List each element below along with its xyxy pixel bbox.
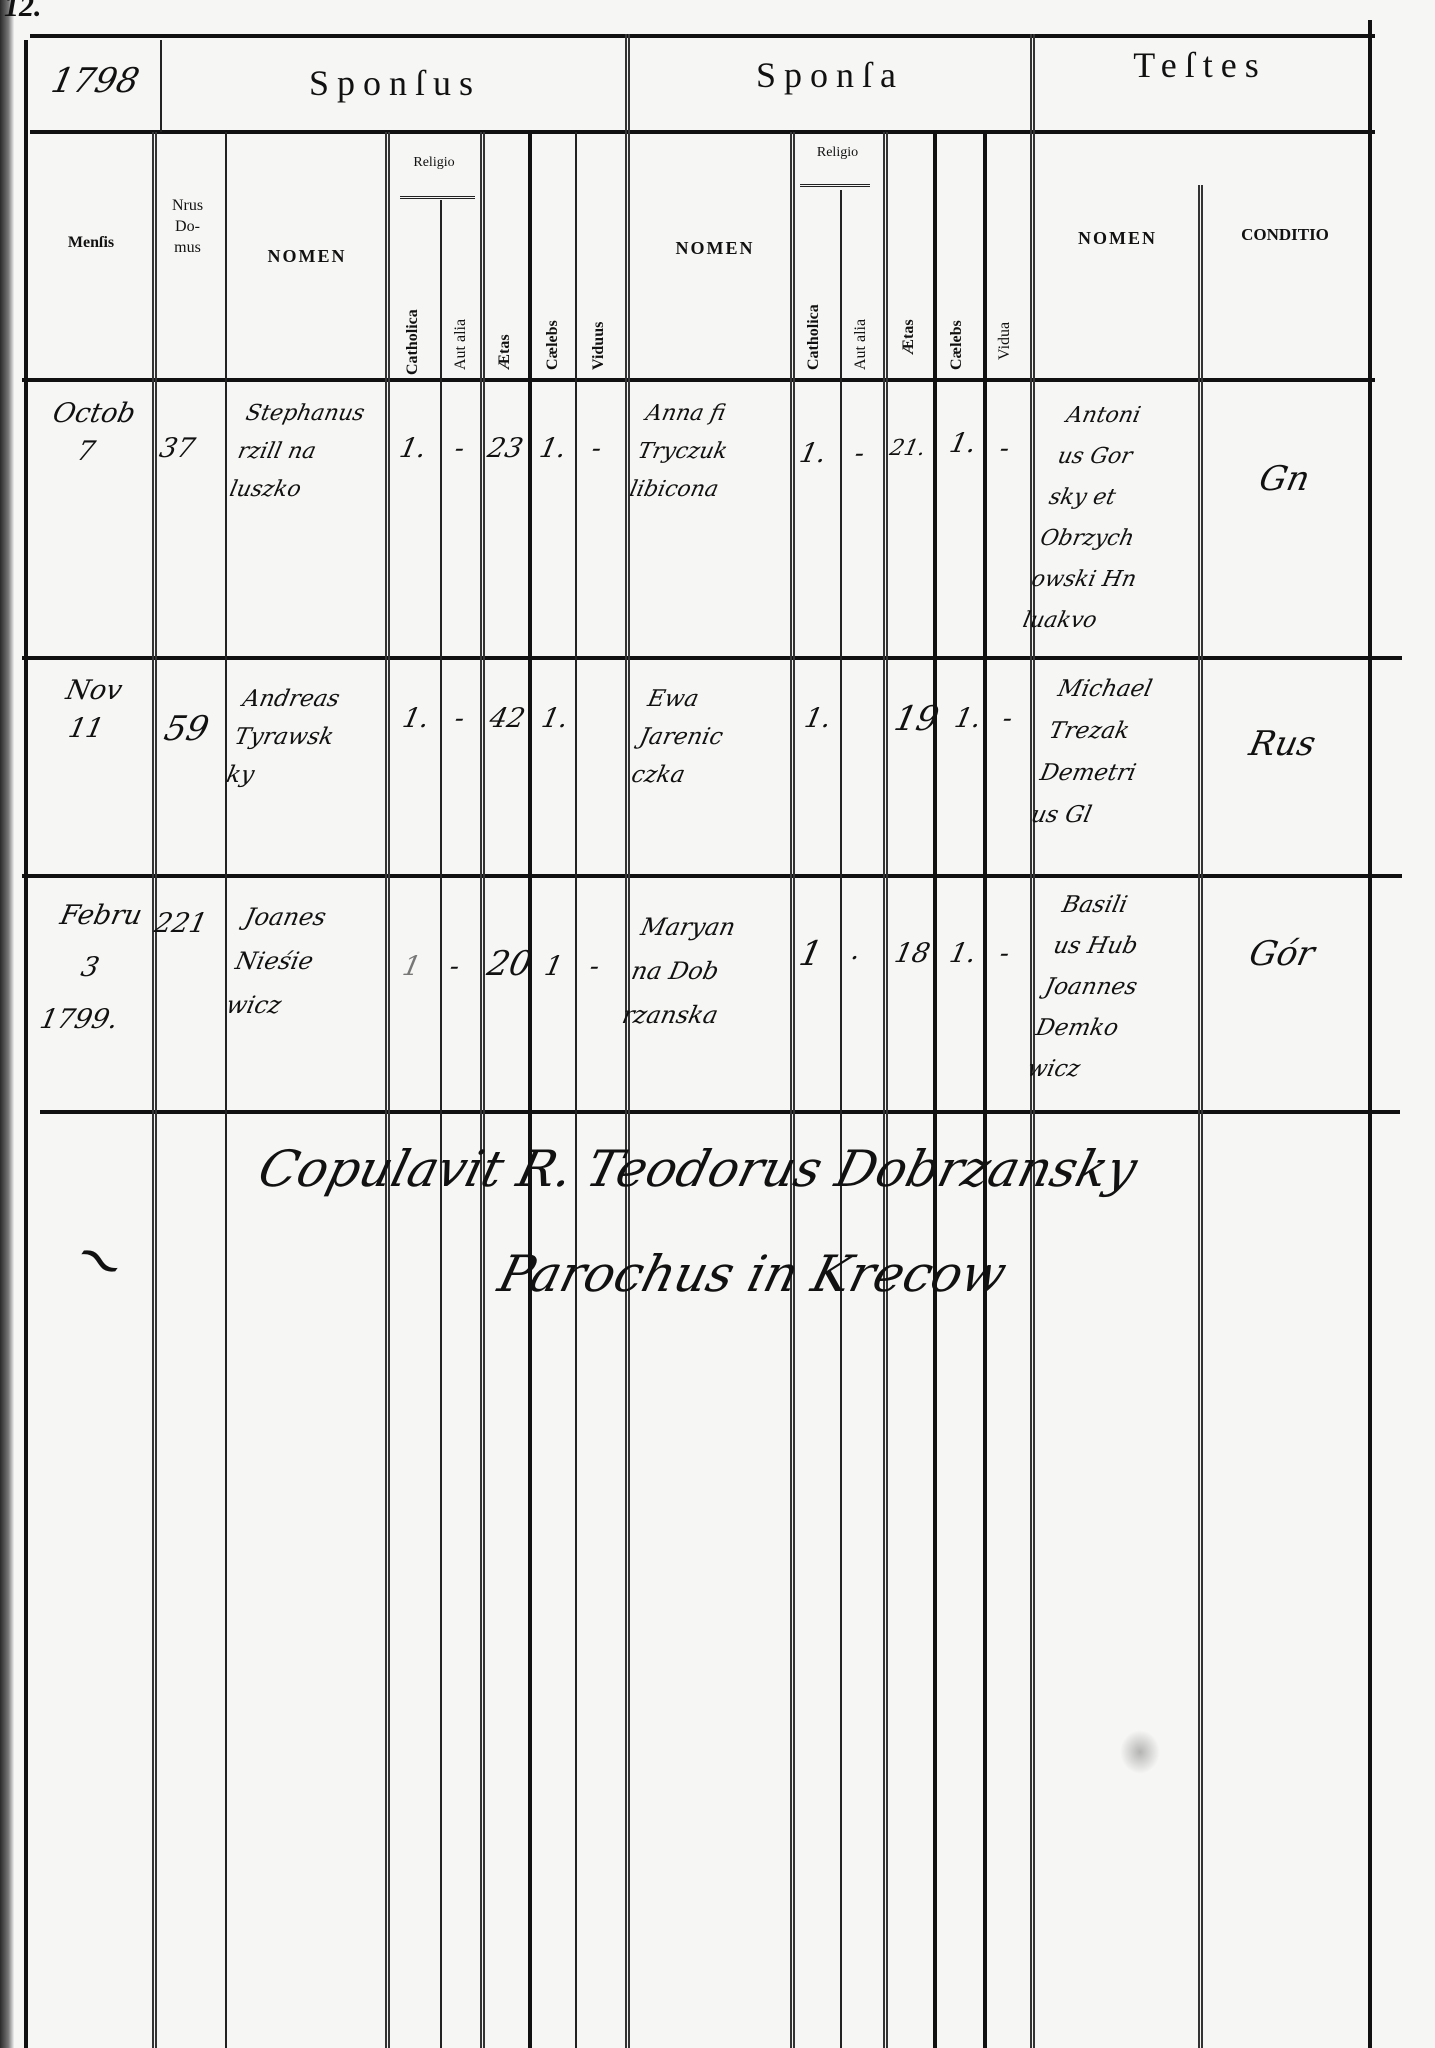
entry-1-sponsus-aut-alia: - bbox=[451, 430, 468, 468]
header-sponsa-nomen: NOMEN bbox=[640, 238, 790, 259]
entry-3-sponsa-aetas: 18 bbox=[891, 935, 933, 973]
entry-1-numerus-domus: 37 bbox=[156, 430, 198, 468]
register-page: 12. 1798 Sponſus Sponſa Teſtes Menſis Nr… bbox=[0, 0, 1435, 2048]
entry-2-sponsa-vidua: - bbox=[999, 700, 1016, 738]
entry-1-sponsus-aetas: 23 bbox=[484, 430, 526, 468]
entry-2-sponsus-aetas: 42 bbox=[486, 700, 528, 738]
entry-3-sponsa-nomen: Maryan na Dob rzanska bbox=[618, 905, 741, 1037]
entry-1-sponsa-aetas: 21. bbox=[886, 430, 929, 468]
header-testes-nomen: NOMEN bbox=[1040, 228, 1195, 249]
col-line-sponsa-caelebs bbox=[983, 132, 987, 2048]
page-number: 12. bbox=[4, 0, 42, 24]
year-header: 1798 bbox=[48, 62, 143, 100]
header-sponsa-aetas: Ætas bbox=[900, 319, 918, 355]
entry-1-sponsus-nomen: Stephanus rzill na luszko bbox=[226, 395, 368, 509]
entry-2-sponsa-catholica: 1. bbox=[801, 700, 835, 738]
group-header-rule bbox=[30, 130, 1375, 134]
entry-2-sponsa-aetas: 19 bbox=[891, 700, 942, 738]
entry-3-numerus-domus: 221 bbox=[151, 905, 211, 943]
entry-3-sponsus-viduus: - bbox=[586, 948, 603, 986]
entry-2-numerus-domus: 59 bbox=[161, 710, 212, 748]
paper-stain bbox=[1120, 1730, 1160, 1774]
header-sponsa-catholica: Catholica bbox=[805, 304, 823, 370]
closing-note-line-2: Parochus in Krecow bbox=[493, 1245, 1012, 1303]
header-sponsa-vidua: Vidua bbox=[996, 322, 1014, 360]
entry-3-mensis: Febru 3 1799. bbox=[13, 890, 166, 1046]
group-header-testes: Teſtes bbox=[1040, 44, 1360, 86]
entry-1-conditio: Gn bbox=[1256, 460, 1313, 498]
col-line-caelebs bbox=[575, 132, 577, 2048]
entry-2-sponsus-caelebs: 1. bbox=[538, 700, 572, 738]
header-sponsa-aut-alia: Aut alia bbox=[852, 319, 870, 370]
entry-1-sponsa-vidua: - bbox=[996, 430, 1013, 468]
header-sponsus-nomen: NOMEN bbox=[232, 246, 382, 267]
header-sponsus-aetas: Ætas bbox=[496, 334, 514, 370]
row-divider-1 bbox=[22, 656, 1402, 660]
year-cell-divider bbox=[160, 40, 162, 132]
entry-1-sponsa-caelebs: 1. bbox=[946, 425, 980, 463]
right-border bbox=[1368, 20, 1372, 2048]
entry-1-sponsus-viduus: - bbox=[588, 430, 605, 468]
entry-1-sponsus-caelebs: 1. bbox=[536, 430, 570, 468]
entry-3-sponsus-catholica: 1 bbox=[399, 948, 424, 986]
entry-2-sponsus-nomen: Andreas Tyrawsk ky bbox=[223, 680, 346, 794]
group-header-sponsus: Sponſus bbox=[170, 62, 620, 104]
header-sponsus-aut-alia: Aut alia bbox=[452, 319, 470, 370]
row-divider-2 bbox=[22, 874, 1402, 878]
entry-2-sponsa-caelebs: 1. bbox=[951, 700, 985, 738]
header-sponsus-religio: Religio bbox=[390, 155, 478, 171]
entry-1-sponsa-aut-alia: - bbox=[851, 435, 868, 473]
col-line-nomen bbox=[385, 132, 390, 2048]
header-conditio: CONDITIO bbox=[1205, 225, 1365, 245]
entry-2-sponsa-nomen: Ewa Jarenic czka bbox=[628, 680, 735, 794]
col-line-testes-nomen bbox=[1198, 185, 1203, 2048]
col-line-sponsa-aetas bbox=[933, 132, 937, 2048]
header-sponsa-caelebs: Cælebs bbox=[948, 320, 966, 370]
header-sponsus-caelebs: Cælebs bbox=[544, 320, 562, 370]
row-divider-3 bbox=[40, 1110, 1400, 1114]
entry-3-sponsa-caelebs: 1. bbox=[946, 935, 980, 973]
header-numerus-domus: Nrus Do- mus bbox=[165, 195, 210, 258]
col-line-sponsa-catholica bbox=[840, 190, 842, 2048]
entry-2-sponsus-catholica: 1. bbox=[399, 700, 433, 738]
entry-3-conditio: Gór bbox=[1246, 935, 1318, 973]
col-line-catholica bbox=[440, 200, 442, 2048]
col-line-sponsus-end bbox=[625, 34, 630, 2048]
entry-1-mensis: Octob 7 bbox=[22, 395, 158, 471]
page-binding-edge bbox=[0, 0, 14, 2048]
entry-1-sponsus-catholica: 1. bbox=[396, 430, 430, 468]
col-line-religio bbox=[480, 132, 485, 2048]
entry-2-testes-nomen: Michael Trezak Demetri us Gl bbox=[1027, 668, 1158, 836]
entry-3-testes-nomen: Basili us Hub Joannes Demko wicz bbox=[1023, 885, 1158, 1090]
entry-2-mensis: Nov 11 bbox=[32, 672, 148, 748]
entry-3-sponsus-aut-alia: - bbox=[446, 948, 463, 986]
entry-3-sponsus-aetas: 20 bbox=[484, 945, 535, 983]
entry-3-sponsa-vidua: - bbox=[996, 935, 1013, 973]
header-mensis: Menſis bbox=[30, 232, 152, 253]
closing-note-line-1: Copulavit R. Teodorus Dobrzansky bbox=[253, 1140, 1143, 1198]
entry-1-testes-nomen: Antoni us Gor sky et Obrzych owski Hn lu… bbox=[1019, 395, 1175, 641]
header-sponsus-catholica: Catholica bbox=[404, 309, 422, 375]
group-header-sponsa: Sponſa bbox=[635, 54, 1025, 96]
entry-3-sponsa-catholica: 1 bbox=[796, 935, 826, 973]
entry-3-sponsus-nomen: Joanes Nieśie wicz bbox=[222, 895, 330, 1027]
col-line-domus bbox=[225, 132, 227, 2048]
col-line-aetas bbox=[528, 132, 532, 2048]
entry-1-sponsa-catholica: 1. bbox=[796, 435, 830, 473]
ink-flourish: ~ bbox=[59, 1217, 140, 1303]
religio-rule bbox=[800, 184, 870, 187]
col-line-sponsa-religio bbox=[883, 132, 888, 2048]
header-sponsa-religio: Religio bbox=[795, 145, 880, 161]
religio-rule bbox=[400, 196, 475, 199]
entry-2-sponsus-aut-alia: - bbox=[451, 700, 468, 738]
header-sponsus-viduus: Viduus bbox=[590, 322, 608, 370]
entry-3-sponsa-aut-alia: · bbox=[846, 940, 863, 978]
table-top-rule bbox=[30, 34, 1375, 38]
entry-1-sponsa-nomen: Anna fi Tryczuk libicona bbox=[626, 395, 739, 509]
col-line-sponsa-nomen bbox=[790, 132, 795, 2048]
entry-2-conditio: Rus bbox=[1246, 725, 1319, 763]
entry-3-sponsus-caelebs: 1 bbox=[541, 948, 566, 986]
